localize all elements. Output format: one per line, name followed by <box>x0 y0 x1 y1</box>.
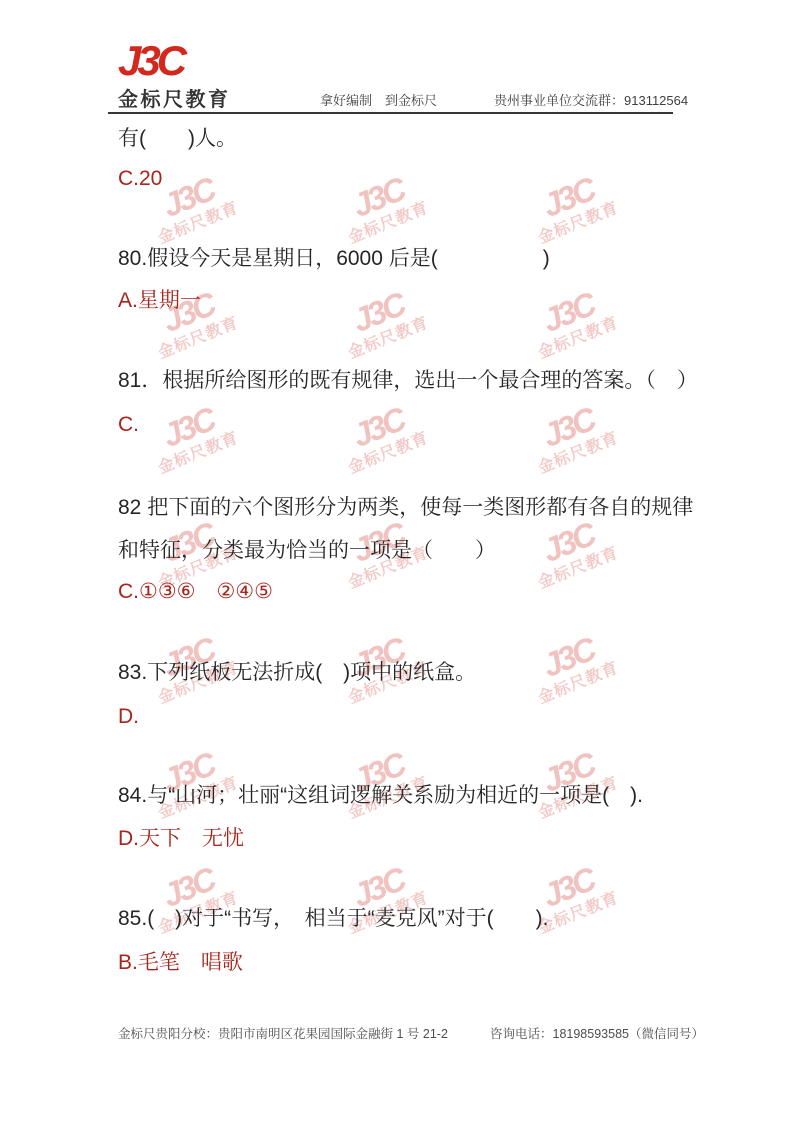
answer-79: C.20 <box>118 167 162 191</box>
question-85: 85.( )对于“书写， 相当于“麦克风”对于( ). <box>118 907 548 931</box>
header-divider <box>108 112 673 114</box>
question-81: 81．根据所给图形的既有规律，选出一个最合理的答案。（ ） <box>118 369 698 393</box>
footer-branch-address: 金标尺贵阳分校：贵阳市南明区花果园国际金融街 1 号 21-2 <box>118 1024 448 1042</box>
header-tagline: 拿好编制 到金标尺 <box>320 90 437 109</box>
answer-83: D. <box>118 705 139 729</box>
question-83: 83.下列纸板无法折成( )项中的纸盒。 <box>118 661 476 685</box>
header-group-info: 贵州事业单位交流群：913112564 <box>494 90 688 109</box>
jbc-logo: J3C 金标尺教育 <box>118 40 248 112</box>
jbc-logo-mark: J3C <box>118 40 248 82</box>
document-page: J3C金标尺教育J3C金标尺教育J3C金标尺教育J3C金标尺教育J3C金标尺教育… <box>0 0 793 1122</box>
answer-82: C.①③⑥ ②④⑤ <box>118 580 273 604</box>
answer-80: A.星期一 <box>118 289 201 313</box>
question-82-line2: 和特征，分类最为恰当的一项是（ ） <box>118 539 496 563</box>
jbc-logo-subtext: 金标尺教育 <box>118 83 248 112</box>
exam-content: 有( )人。 C.20 80.假设今天是星期日，6000 后是( ) A.星期一… <box>0 0 793 1122</box>
answer-84: D.天下 无忧 <box>118 827 244 851</box>
question-84: 84.与“山河；壮丽“这组词逻解关系励为相近的一项是( ). <box>118 784 643 808</box>
answer-81: C. <box>118 413 139 437</box>
question-80: 80.假设今天是星期日，6000 后是( ) <box>118 247 550 271</box>
footer-consult-phone: 咨询电话：18198593585（微信同号） <box>490 1024 704 1042</box>
answer-85: B.毛笔 唱歌 <box>118 951 243 975</box>
question-82-line1: 82 把下面的六个图形分为两类，使每一类图形都有各自的规律 <box>118 496 693 520</box>
question-79-tail: 有( )人。 <box>118 127 237 151</box>
